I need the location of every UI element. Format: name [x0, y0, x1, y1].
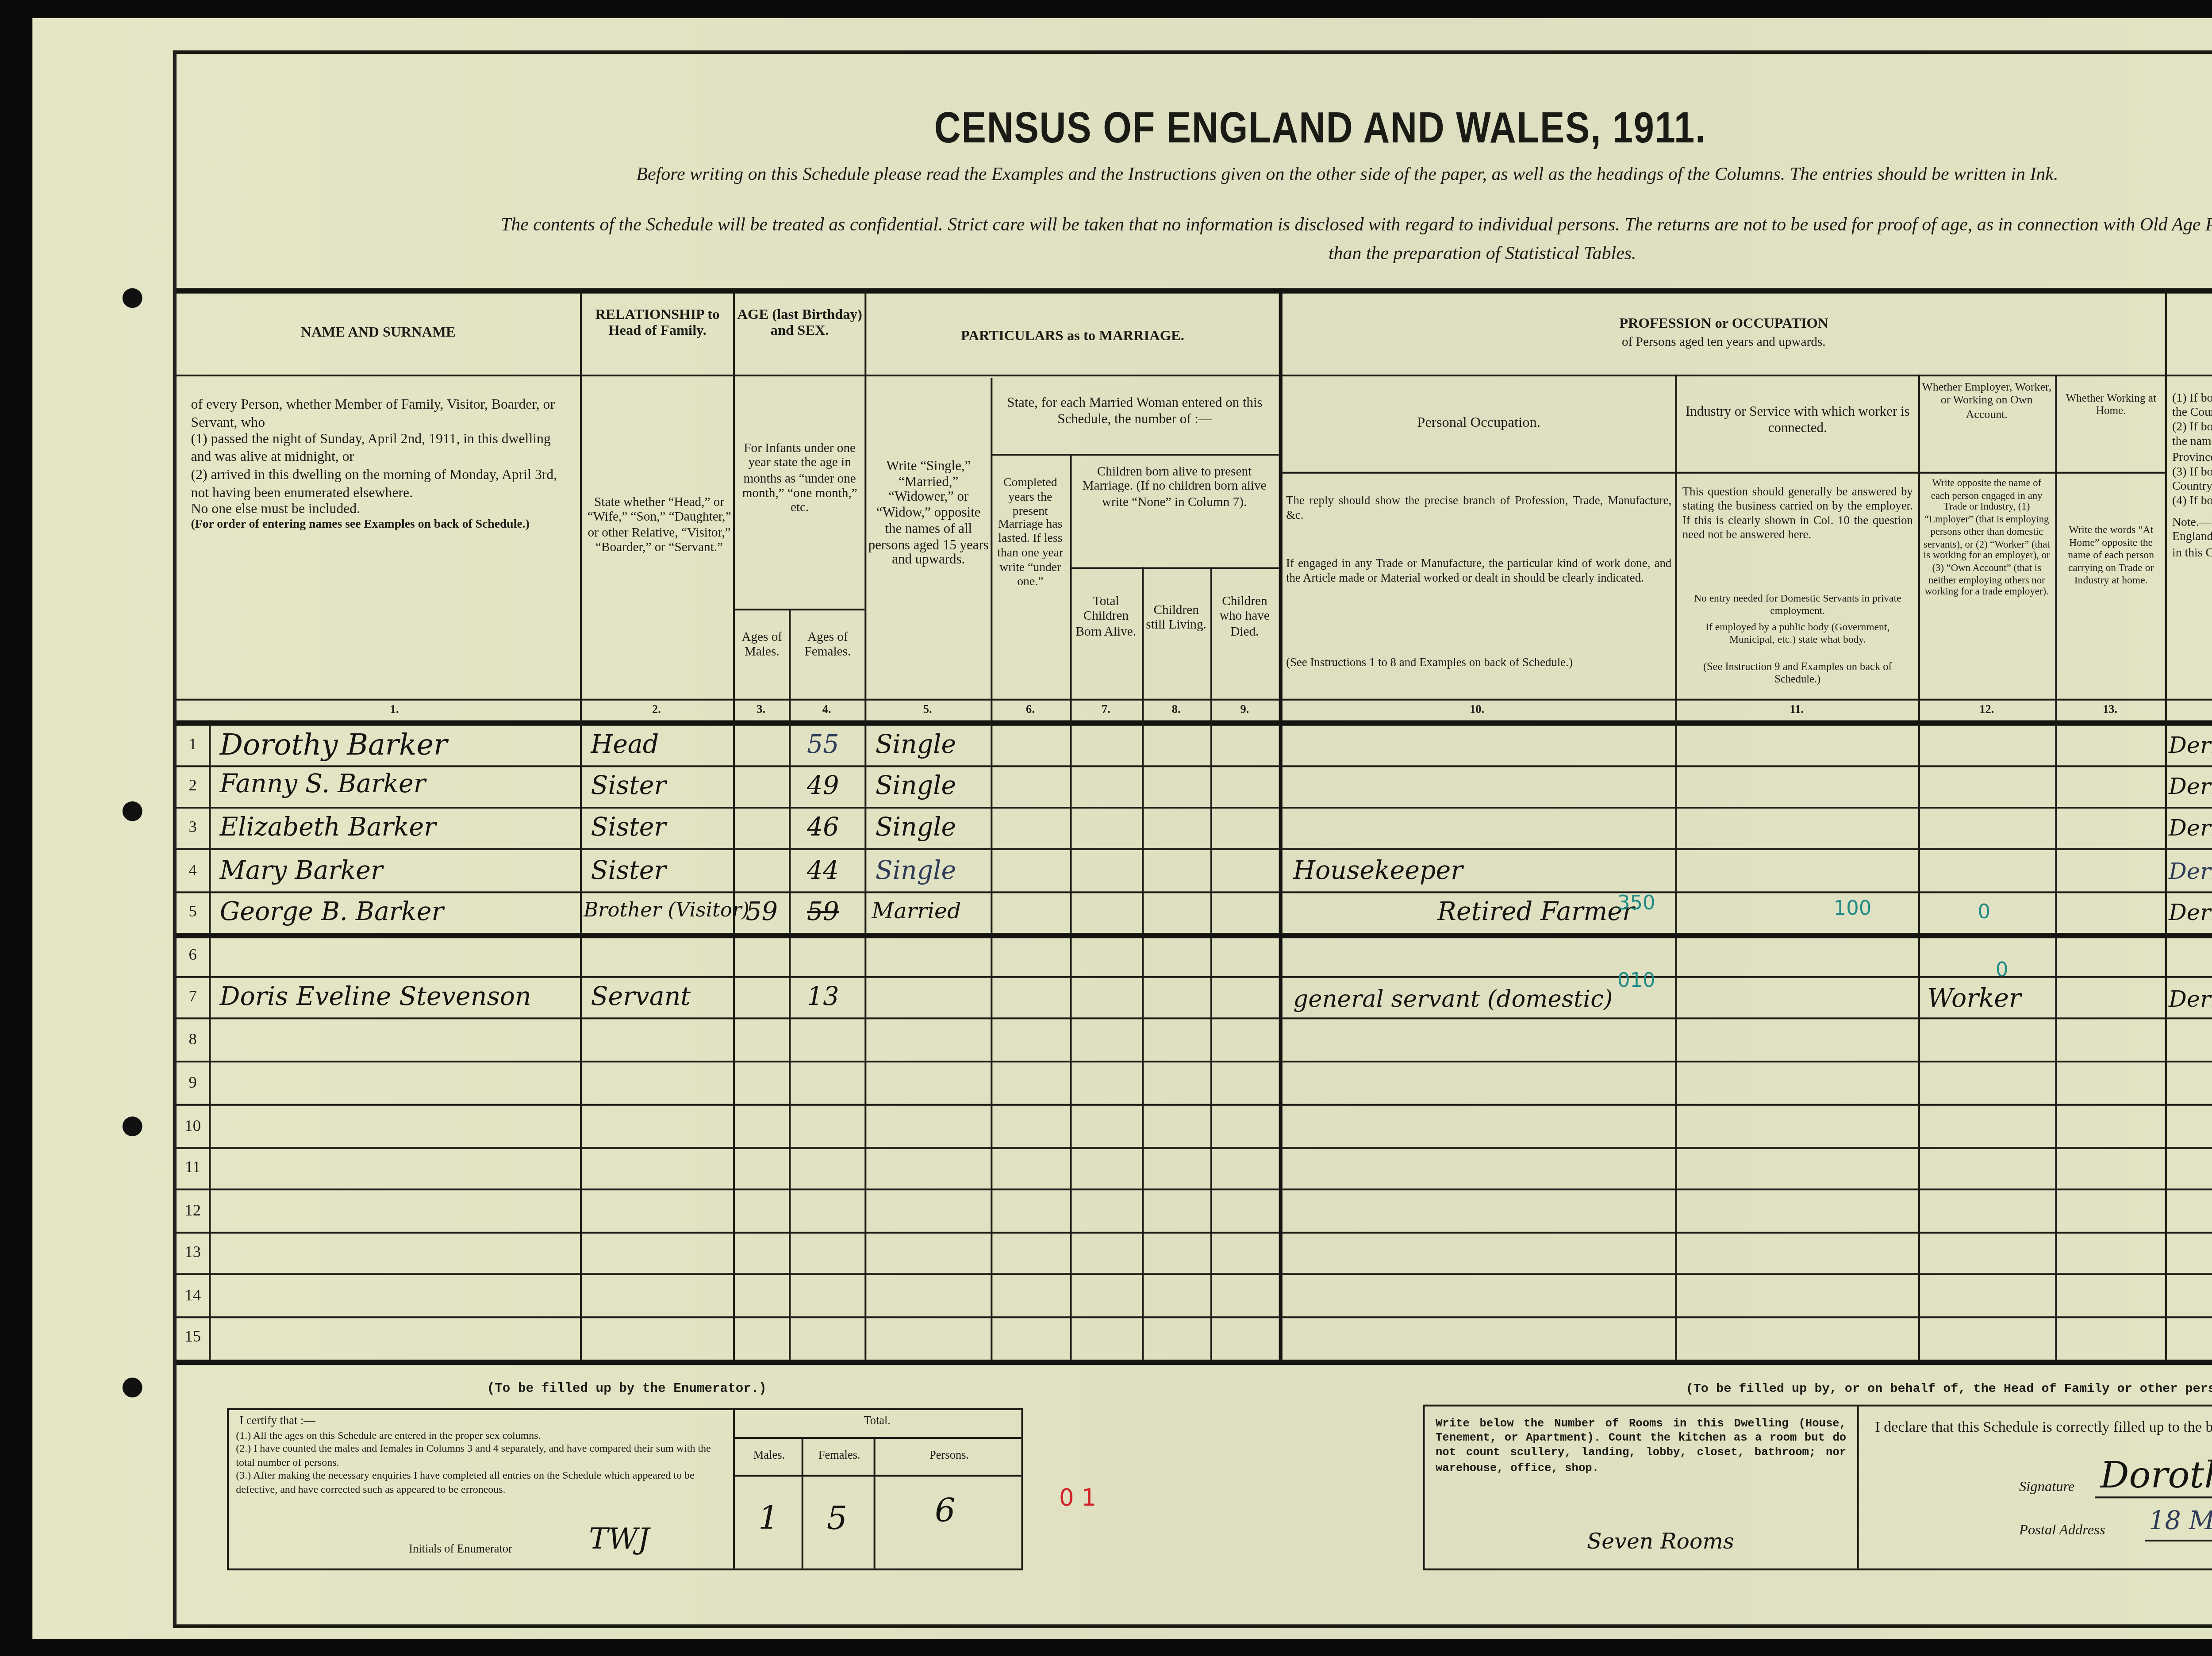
relationship: Sister: [591, 857, 666, 886]
colnum-1: 1.: [209, 704, 580, 717]
col-name-heading: NAME AND SURNAME: [177, 324, 580, 341]
punch-hole: [123, 288, 142, 308]
birthplace-instructions: (1) If born in the United Kingdom, write…: [2172, 393, 2212, 562]
marital-condition: Married: [872, 899, 961, 924]
row-number: 15: [182, 1327, 204, 1345]
col-children-header: Children born alive to present Marriage.…: [1074, 464, 1275, 509]
colnum-11: 11.: [1675, 704, 1918, 717]
confidentiality-notice-cont: than the preparation of Statistical Tabl…: [195, 245, 2212, 265]
colnum-10: 10.: [1279, 704, 1675, 717]
employer-code: 0: [1978, 901, 1990, 924]
colnum-9: 9.: [1210, 704, 1279, 717]
marital-condition: Single: [876, 773, 956, 801]
total-males: 1: [758, 1500, 779, 1537]
person-name: Mary Barker: [220, 857, 383, 886]
col-age-males: Ages of Males.: [735, 630, 789, 660]
enumerator-certificate-box: I certify that :— (1.) All the ages on t…: [227, 1408, 1023, 1570]
person-name: Fanny S. Barker: [220, 771, 426, 800]
marital-condition: Single: [876, 731, 956, 760]
birthplace: Derbyshire Pilsley: [2169, 814, 2212, 841]
colnum-6: 6.: [991, 704, 1070, 717]
birthplace: Derbyshire Pilsley: [2169, 731, 2212, 758]
col-marriage-years: Completed years the present Marriage has…: [992, 477, 1068, 590]
head-of-family-heading: (To be filled up by, or on behalf of, th…: [1500, 1383, 2212, 1398]
row-number: 13: [182, 1242, 204, 1261]
working-home-text: Write the words “At Home” opposite the n…: [2059, 526, 2163, 589]
col-marriage-heading: PARTICULARS as to MARRIAGE.: [866, 328, 1279, 344]
birthplace: Derbyshire Newbold: [2169, 985, 2212, 1012]
age-female-struck: 59: [807, 899, 839, 928]
col-personal-occupation: Personal Occupation.: [1283, 414, 1675, 430]
row-number: 3: [182, 817, 204, 836]
colnum-8: 8.: [1142, 704, 1210, 717]
colnum-14: 14.: [2165, 704, 2212, 717]
enumerator-heading: (To be filled up by the Enumerator.): [393, 1383, 861, 1398]
col-employer: Whether Employer, Worker, or Working on …: [1920, 382, 2053, 422]
relationship: Sister: [591, 814, 666, 843]
col-occupation-subheading: of Persons aged ten years and upwards.: [1283, 335, 2165, 350]
age-female: 55: [807, 731, 839, 760]
birthplace: Derbyshire Pilsley: [2169, 773, 2212, 800]
row-number: 8: [182, 1030, 204, 1048]
person-name: Doris Eveline Stevenson: [220, 983, 531, 1012]
col-birthplace-heading: BIRTHPLACE: [2167, 321, 2212, 337]
industry-text-2: No entry needed for Domestic Servants in…: [1682, 594, 1913, 620]
punch-hole: [123, 801, 142, 821]
col-age-heading: AGE (last Birthday) and SEX.: [735, 306, 864, 339]
age-female: 46: [807, 814, 839, 843]
personal-occupation: Retired Farmer: [1437, 899, 1634, 928]
rooms-instruction: Write below the Number of Rooms in this …: [1436, 1417, 1846, 1476]
row-number: 11: [182, 1158, 204, 1176]
birthplace: Derbyshire Pilsley: [2169, 899, 2212, 926]
colnum-2: 2.: [580, 704, 733, 717]
occupation-code: 350: [1617, 891, 1655, 915]
employer-text: Write opposite the name of each person e…: [1922, 479, 2051, 600]
margin-mark: 0 1: [1059, 1486, 1096, 1513]
industry-text-4: (See Instruction 9 and Examples on back …: [1682, 663, 1913, 689]
initials-label: Initials of Enumerator: [409, 1543, 512, 1556]
row-number: 12: [182, 1201, 204, 1219]
personal-occupation: Housekeeper: [1293, 857, 1463, 886]
row-number: 10: [182, 1116, 204, 1135]
confidentiality-notice: The contents of the Schedule will be tre…: [195, 216, 2212, 236]
form-frame: CENSUS OF ENGLAND AND WALES, 1911. Befor…: [173, 50, 2212, 1628]
person-name: Elizabeth Barker: [220, 814, 436, 843]
intro-instructions: Before writing on this Schedule please r…: [375, 166, 2212, 186]
page-title: CENSUS OF ENGLAND AND WALES, 1911.: [348, 104, 2212, 155]
row-number: 1: [182, 735, 204, 753]
occupation-code: 010: [1617, 969, 1655, 992]
employer-status: Worker: [1927, 985, 2021, 1014]
row-number: 6: [182, 945, 204, 963]
col-total-born: Total Children Born Alive.: [1071, 594, 1140, 639]
age-female: 49: [807, 773, 839, 801]
colnum-7: 7.: [1070, 704, 1142, 717]
employer-code: 0: [1996, 958, 2008, 981]
declaration-text: I declare that this Schedule is correctl…: [1875, 1419, 2212, 1435]
colnum-4: 4.: [789, 704, 864, 717]
females-label: Females.: [805, 1449, 874, 1462]
col-married-woman: State, for each Married Woman entered on…: [994, 396, 1275, 428]
personal-occupation-text-1: The reply should show the precise branch…: [1286, 495, 1671, 524]
personal-occupation-text-3: (See Instructions 1 to 8 and Examples on…: [1286, 657, 1671, 671]
colnum-13: 13.: [2055, 704, 2165, 717]
head-declaration-box: Write below the Number of Rooms in this …: [1423, 1405, 2212, 1571]
males-label: Males.: [737, 1449, 802, 1462]
col-industry: Industry or Service with which worker is…: [1679, 405, 1916, 437]
signature[interactable]: Dorothy Barker: [2100, 1453, 2212, 1497]
col-occupation-heading: PROFESSION or OCCUPATION: [1283, 315, 2165, 331]
total-label: Total.: [733, 1415, 1021, 1428]
colnum-divider: [177, 699, 2212, 701]
enumerator-initials: TWJ: [589, 1522, 649, 1556]
col-died: Children who have Died.: [1212, 594, 1277, 639]
row-number: 9: [182, 1073, 204, 1092]
row-number: 5: [182, 902, 204, 920]
col-marriage-condition: Write “Single,” “Married,” “Widower,” or…: [868, 459, 989, 569]
table-bottom-rule: [177, 1360, 2212, 1364]
rooms-count[interactable]: Seven Rooms: [1587, 1529, 1734, 1554]
punch-hole: [123, 1116, 142, 1136]
industry-text-1: This question should generally be answer…: [1682, 486, 1913, 543]
postal-address[interactable]: 18 Montrose Road. Sheffield: [2149, 1507, 2212, 1536]
relationship: Sister: [591, 773, 666, 801]
postal-address-label: Postal Address: [2019, 1522, 2105, 1538]
birthplace: Derbyshire Pilsley: [2169, 857, 2212, 884]
punch-hole: [123, 1378, 142, 1398]
header-divider: [177, 375, 2212, 376]
relationship: Servant: [591, 983, 691, 1012]
industry-text-3: If employed by a public body (Government…: [1682, 623, 1913, 648]
age-female: 13: [807, 983, 839, 1012]
row-number: 14: [182, 1286, 204, 1304]
col-age-instructions: For Infants under one year state the age…: [735, 441, 864, 516]
col-still-living: Children still Living.: [1144, 603, 1209, 633]
colnum-12: 12.: [1918, 704, 2055, 717]
colnum-3: 3.: [733, 704, 789, 717]
total-persons: 6: [935, 1493, 956, 1530]
marital-condition: Single: [876, 814, 956, 843]
row-number: 7: [182, 987, 204, 1005]
census-schedule-sheet: CENSUS OF ENGLAND AND WALES, 1911. Befor…: [32, 18, 2212, 1639]
col-working-home: Whether Working at Home.: [2057, 393, 2165, 418]
col-age-females: Ages of Females.: [791, 630, 864, 660]
certify-label: I certify that :—: [239, 1415, 315, 1428]
signature-label: Signature: [2019, 1479, 2074, 1495]
industry-code: 100: [1834, 897, 1871, 920]
age-female: 44: [807, 857, 839, 886]
row-number: 4: [182, 861, 204, 879]
row-number: 2: [182, 776, 204, 794]
marital-condition: Single: [876, 857, 956, 886]
persons-label: Persons.: [877, 1449, 1022, 1462]
table-top-rule: [177, 288, 2212, 292]
personal-occupation-text-2: If engaged in any Trade or Manufacture, …: [1286, 558, 1671, 586]
age-male: 59: [746, 899, 778, 928]
col-name-instructions: of every Person, whether Member of Famil…: [191, 396, 573, 534]
colnum-5: 5.: [864, 704, 991, 717]
col-birthplace-subheading: of every person.: [2167, 338, 2212, 353]
data-top-rule: [177, 721, 2212, 725]
person-name: Dorothy Barker: [220, 728, 447, 762]
person-name: George B. Barker: [220, 899, 444, 928]
col-relationship-instructions: State whether “Head,” or “Wife,” “Son,” …: [587, 495, 731, 555]
relationship: Brother (Visitor): [584, 899, 749, 922]
personal-occupation: general servant (domestic): [1293, 987, 1613, 1014]
total-females: 5: [827, 1500, 848, 1537]
relationship: Head: [591, 731, 659, 760]
col-relationship-heading: RELATIONSHIP to Head of Family.: [584, 306, 731, 339]
certify-items: (1.) All the ages on this Schedule are e…: [236, 1432, 718, 1498]
